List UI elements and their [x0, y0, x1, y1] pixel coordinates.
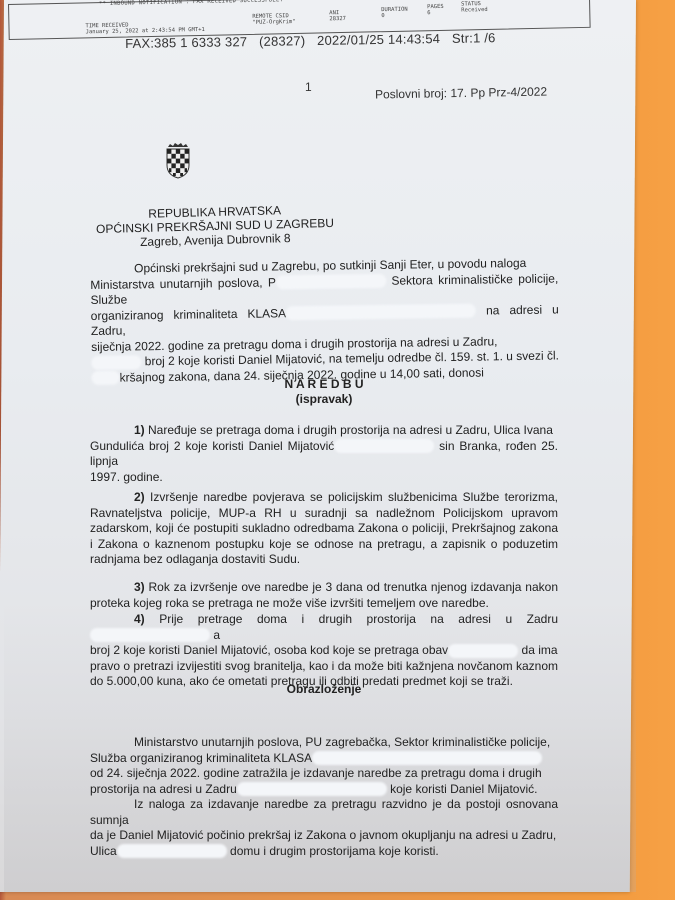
croatian-coat-of-arms-icon [165, 143, 191, 179]
text: Izvršenje naredbe povjerava se policijsk… [90, 490, 558, 566]
redaction [334, 439, 434, 453]
redaction [312, 751, 542, 765]
reasoning-line: Ulica domu i drugim prostorijama koje ko… [90, 844, 558, 860]
value: 6 [427, 10, 444, 16]
value: 28327 [329, 16, 346, 22]
text: koje koristi Daniel Mijatović. [390, 782, 537, 796]
label: DURATION [381, 7, 408, 14]
item-number: 2) [134, 490, 145, 504]
duration: DURATION 0 [381, 7, 408, 20]
reasoning-line: da je Daniel Mijatović počinio prekršaj … [90, 828, 558, 844]
fax-datetime: 2022/01/25 14:43:54 [317, 31, 440, 48]
redaction [90, 628, 210, 642]
item-line: Gundulića broj 2 koje koristi Daniel Mij… [90, 439, 558, 470]
text: Ministarstva unutarnjih poslova, P [90, 275, 276, 292]
court-header: REPUBLIKA HRVATSKA OPĆINSKI PREKRŠAJNI S… [84, 202, 345, 251]
text: Naređuje se pretraga doma i drugih prost… [148, 423, 553, 437]
value: "PUZ-OrgKrim" [252, 19, 295, 26]
reasoning-paragraph: Ministarstvo unutarnjih poslova, PU zagr… [90, 735, 558, 859]
text: Rok za izvršenje ove naredbe je 3 dana o… [90, 580, 558, 610]
item-number: 4) [134, 612, 145, 626]
text: Služba organiziranog kriminaliteta KLASA [90, 751, 312, 765]
text: organiziranog kriminaliteta KLASA [91, 306, 287, 323]
text: da ima [522, 643, 558, 657]
item-line: 4) Prije pretrage doma i drugih prostori… [90, 612, 558, 643]
order-subtitle: (ispravak) [90, 392, 558, 406]
item-text: 2) Izvršenje naredbe povjerava se polici… [90, 490, 558, 568]
item-text: 3) Rok za izvršenje ove naredbe je 3 dan… [90, 580, 558, 611]
case-number: Poslovni broj: 17. Pp Prz-4/2022 [375, 84, 547, 101]
reasoning-line: prostorija na adresi u Zadru koje korist… [90, 782, 558, 798]
value: 0 [381, 13, 408, 20]
redaction [117, 844, 227, 858]
order-item-2: 2) Izvršenje naredbe povjerava se polici… [90, 490, 558, 568]
ani: ANI 28327 [329, 10, 346, 22]
text: broj 2 koje koristi Daniel Mijatović, os… [90, 643, 448, 657]
redaction [286, 304, 476, 321]
fax-page: Str:1 /6 [452, 30, 496, 46]
redaction [91, 355, 141, 370]
text: Ulica [90, 844, 117, 858]
fax-notice: ** INBOUND NOTIFICATION : FAX RECEIVED S… [99, 0, 294, 7]
redaction [237, 782, 387, 796]
reasoning-line: Iz naloga za izdavanje naredbe za pretra… [90, 797, 558, 828]
item-number: 1) [134, 423, 145, 437]
reasoning-line: Ministarstvo unutarnjih poslova, PU zagr… [90, 735, 558, 751]
pages: PAGES 6 [427, 4, 444, 16]
text: domu i drugim prostorijama koje koristi. [230, 844, 439, 858]
text: a [213, 628, 220, 642]
order-item-1: 1) Naređuje se pretraga doma i drugih pr… [90, 423, 558, 485]
item-number: 3) [134, 580, 145, 594]
text: Gundulića broj 2 koje koristi Daniel Mij… [90, 439, 334, 453]
status: STATUS Received [461, 1, 488, 14]
fax-code: (28327) [259, 33, 305, 49]
item-line: 1) Naređuje se pretraga doma i drugih pr… [90, 423, 558, 439]
intro-paragraph: Općinski prekršajni sud u Zagrebu, po su… [90, 255, 560, 386]
order-item-4: 4) Prije pretrage doma i drugih prostori… [90, 612, 558, 690]
text: prostorija na adresi u Zadru [90, 782, 237, 796]
reasoning-line: od 24. siječnja 2022. godine zatražila j… [90, 766, 558, 782]
reasoning-line: Služba organiziranog kriminaliteta KLASA [90, 751, 558, 767]
value: Received [461, 7, 488, 14]
order-title: N A R E D B U [90, 377, 558, 391]
text: Prije pretrage doma i drugih prostorija … [159, 612, 558, 626]
time-received: TIME RECEIVED January 25, 2022 at 2:43:5… [85, 21, 204, 35]
item-line: broj 2 koje koristi Daniel Mijatović, os… [90, 643, 558, 659]
reasoning-title: Obrazloženje [90, 682, 558, 696]
remote-csid: REMOTE CSID "PUZ-OrgKrim" [252, 13, 295, 26]
redaction [276, 274, 386, 290]
item-line: 1997. godine. [90, 470, 558, 486]
order-item-3: 3) Rok za izvršenje ove naredbe je 3 dan… [90, 580, 558, 611]
redaction [448, 644, 518, 658]
page-number: 1 [305, 80, 312, 94]
fax-number: FAX:385 1 6333 327 [125, 34, 247, 51]
